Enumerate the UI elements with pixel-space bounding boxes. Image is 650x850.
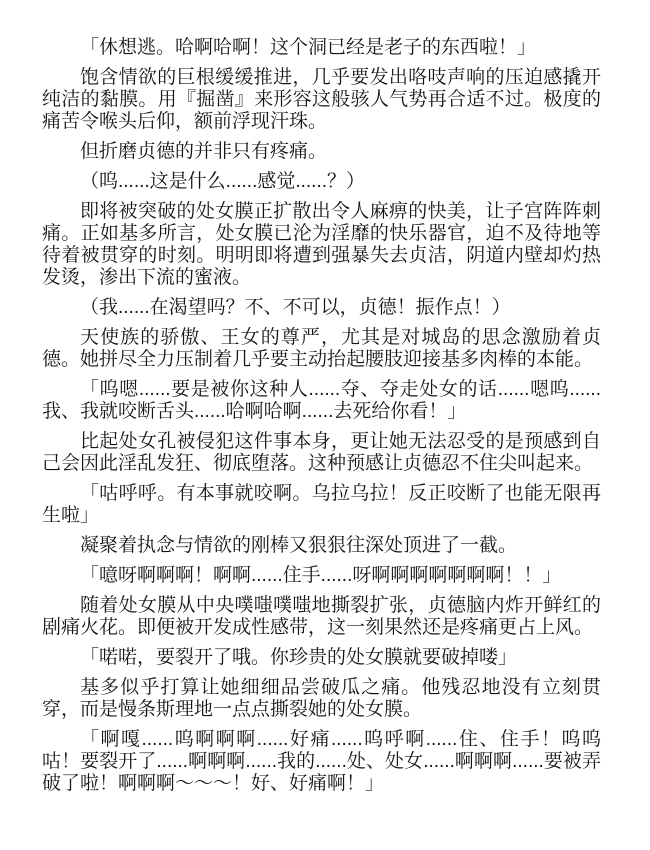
paragraph-inner-monologue: （呜......这是什么......感觉......？） (42, 171, 601, 193)
paragraph-narration: 饱含情欲的巨根缓缓推进，几乎要发出咯吱声响的压迫感撬开纯洁的黏膜。用『掘凿』来形… (42, 67, 601, 133)
paragraph-dialogue: 「噫呀啊啊啊！啊啊......住手......呀啊啊啊啊啊啊啊！！」 (42, 565, 601, 587)
paragraph-dialogue: 「喏喏，要裂开了哦。你珍贵的处女膜就要破掉喽」 (42, 647, 601, 669)
paragraph-narration: 凝聚着执念与情欲的刚棒又狠狠往深处顶进了一截。 (42, 535, 601, 557)
paragraph-narration: 比起处女孔被侵犯这件事本身，更让她无法忍受的是预感到自己会因此淫乱发狂、彻底堕落… (42, 431, 601, 475)
paragraph-dialogue: 「休想逃。哈啊哈啊！这个洞已经是老子的东西啦！」 (42, 37, 601, 59)
paragraph-dialogue: 「啊嘎......呜啊啊啊......好痛......呜呼啊......住、住手… (42, 729, 601, 795)
paragraph-narration: 基多似乎打算让她细细品尝破瓜之痛。他残忍地没有立刻贯穿，而是慢条斯理地一点点撕裂… (42, 677, 601, 721)
paragraph-dialogue: 「呜嗯......要是被你这种人......夺、夺走处女的话......嗯呜..… (42, 379, 601, 423)
paragraph-narration: 随着处女膜从中央噗嗤噗嗤地撕裂扩张，贞德脑内炸开鲜红的剧痛火花。即便被开发成性感… (42, 595, 601, 639)
paragraph-inner-monologue: （我......在渴望吗？不、不可以，贞德！振作点！） (42, 297, 601, 319)
novel-text-page: 「休想逃。哈啊哈啊！这个洞已经是老子的东西啦！」 饱含情欲的巨根缓缓推进，几乎要… (0, 0, 650, 850)
paragraph-narration: 但折磨贞德的并非只有疼痛。 (42, 141, 601, 163)
paragraph-narration: 即将被突破的处女膜正扩散出令人麻痹的快美，让子宫阵阵刺痛。正如基多所言，处女膜已… (42, 201, 601, 289)
paragraph-narration: 天使族的骄傲、王女的尊严，尤其是对城岛的思念激励着贞德。她拼尽全力压制着几乎要主… (42, 327, 601, 371)
paragraph-dialogue: 「咕呼呼。有本事就咬啊。乌拉乌拉！反正咬断了也能无限再生啦」 (42, 483, 601, 527)
